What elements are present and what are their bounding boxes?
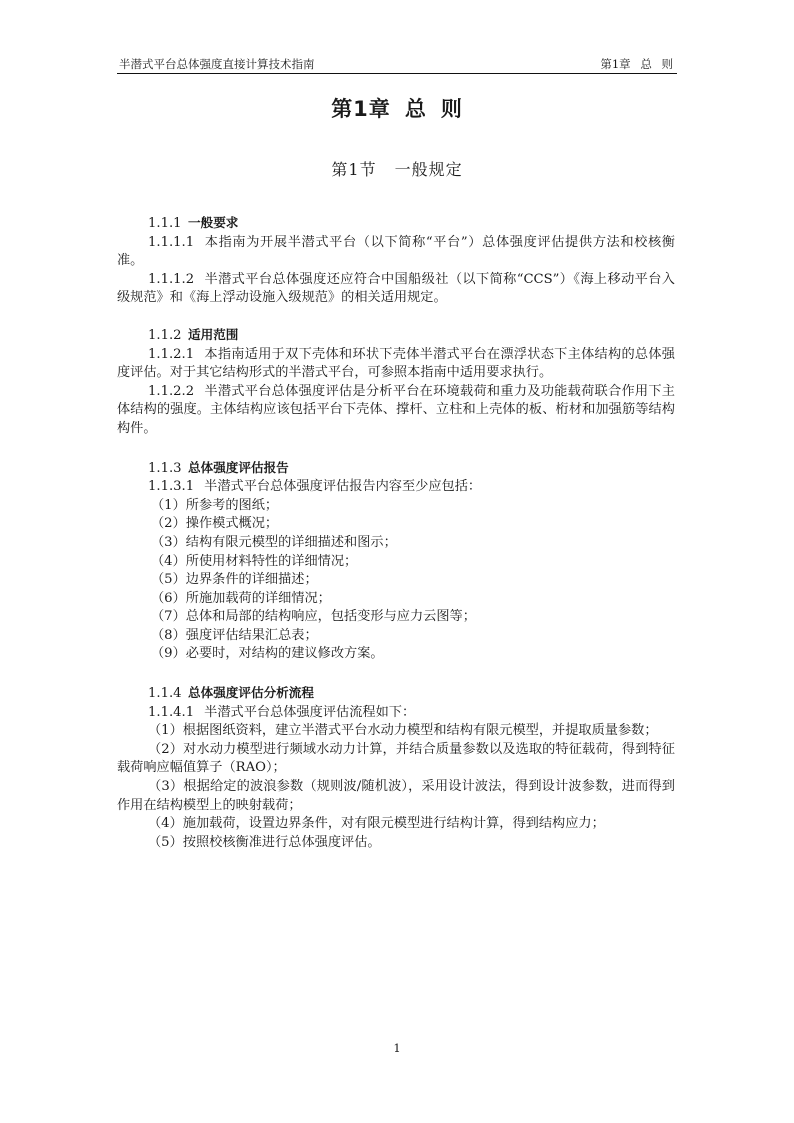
list-item: （7）总体和局部的结构响应，包括变形与应力云图等； — [117, 608, 675, 627]
list-item: （2）对水动力模型进行频域水动力计算，并结合质量参数以及选取的特征载荷，得到特征… — [117, 741, 675, 778]
subsection-heading: 1.1.4总体强度评估分析流程 — [117, 684, 675, 704]
list-item: （4）所使用材料特性的详细情况； — [117, 553, 675, 572]
clause-paragraph: 1.1.1.2半潜式平台总体强度还应符合中国船级社（以下简称“CCS”）《海上移… — [117, 271, 675, 308]
clause-paragraph: 1.1.4.1半潜式平台总体强度评估流程如下： — [117, 704, 675, 723]
section-number: 第1节 — [331, 160, 376, 179]
chapter-title-part-2: 则 — [441, 97, 463, 121]
list-item: （3）结构有限元模型的详细描述和图示； — [117, 534, 675, 553]
list-item: （6）所施加载荷的详细情况； — [117, 590, 675, 609]
running-header: 半潜式平台总体强度直接计算技术指南 第1章 总 则 — [117, 56, 677, 74]
clause-paragraph: 1.1.2.1本指南适用于双下壳体和环状下壳体半潜式平台在漂浮状态下主体结构的总… — [117, 346, 675, 383]
section-name: 一般规定 — [395, 160, 463, 179]
list-item: （5）按照校核衡准进行总体强度评估。 — [117, 834, 675, 853]
chapter-title: 第1章总则 — [0, 94, 794, 124]
subsection-heading: 1.1.1一般要求 — [117, 214, 675, 234]
clause-paragraph: 1.1.3.1半潜式平台总体强度评估报告内容至少应包括： — [117, 478, 675, 497]
list-item: （8）强度评估结果汇总表； — [117, 627, 675, 646]
clause-paragraph: 1.1.2.2半潜式平台总体强度评估是分析平台在环境载荷和重力及功能载荷联合作用… — [117, 383, 675, 439]
list-item: （1）根据图纸资料，建立半潜式平台水动力模型和结构有限元模型，并提取质量参数； — [117, 722, 675, 741]
list-item: （4）施加载荷，设置边界条件，对有限元模型进行结构计算，得到结构应力； — [117, 815, 675, 834]
header-chapter-label: 第1章 总 则 — [600, 57, 673, 71]
subsection-heading: 1.1.3总体强度评估报告 — [117, 459, 675, 479]
list-item: （1）所参考的图纸； — [117, 497, 675, 516]
document-body: 1.1.1一般要求 1.1.1.1本指南为开展半潜式平台（以下简称“平台”）总体… — [117, 214, 675, 852]
clause-paragraph: 1.1.1.1本指南为开展半潜式平台（以下简称“平台”）总体强度评估提供方法和校… — [117, 234, 675, 271]
chapter-number: 第1章 — [331, 97, 391, 121]
chapter-title-part-1: 总 — [405, 97, 427, 121]
list-item: （5）边界条件的详细描述； — [117, 571, 675, 590]
list-item: （3）根据给定的波浪参数（规则波/随机波），采用设计波法，得到设计波参数，进而得… — [117, 778, 675, 815]
list-item: （2）操作模式概况； — [117, 515, 675, 534]
list-item: （9）必要时，对结构的建议修改方案。 — [117, 645, 675, 664]
subsection-heading: 1.1.2适用范围 — [117, 326, 675, 346]
header-document-title: 半潜式平台总体强度直接计算技术指南 — [119, 57, 315, 71]
page-number: 1 — [0, 1041, 794, 1055]
section-title: 第1节一般规定 — [0, 158, 794, 182]
